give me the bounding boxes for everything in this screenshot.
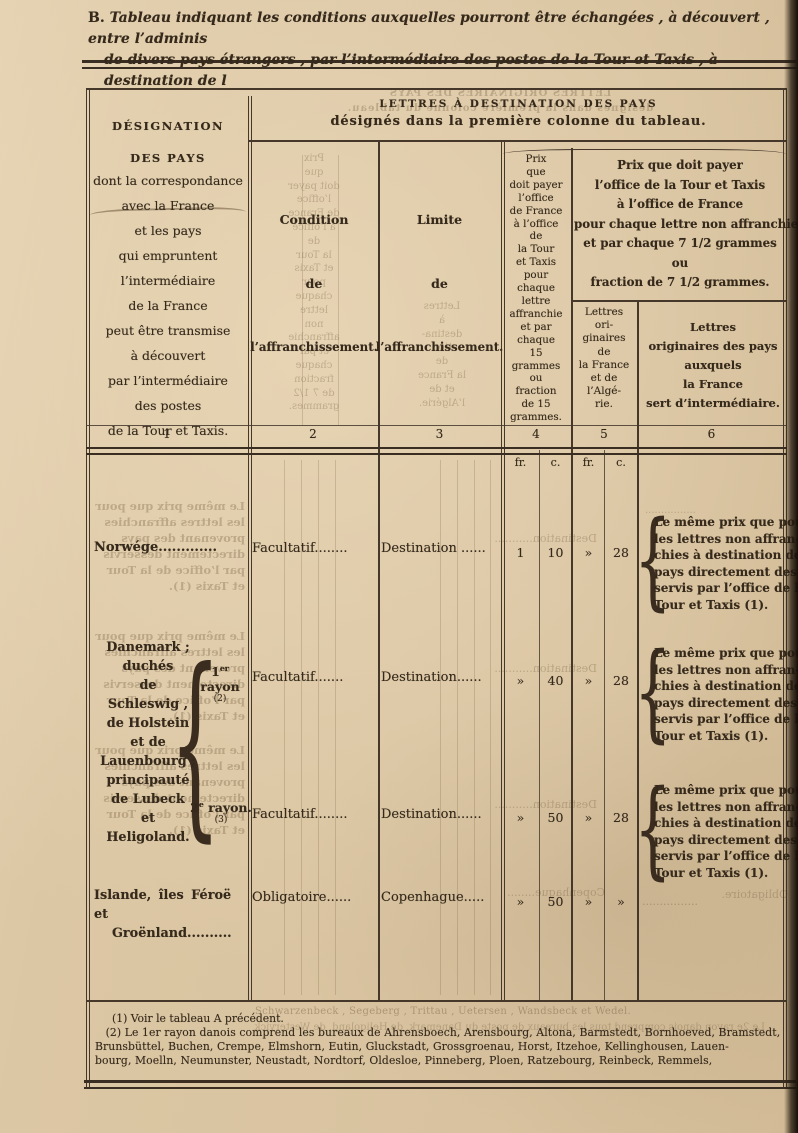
column-number-4: 4 (501, 427, 571, 441)
col2-header-word3: l’affranchissement. (250, 340, 378, 354)
unit-c-col5: c. (606, 456, 636, 469)
unit-c-col4: c. (541, 456, 570, 469)
row2-value-fr4: » (504, 673, 537, 688)
row1-limit: Destination ...... (381, 541, 486, 556)
rayon2-text: 2e rayon. (190, 800, 252, 815)
page-title: B. Tableau indiquant les conditions auxq… (88, 8, 792, 92)
col6-header: Lettres originaires des pays auxquels la… (640, 318, 786, 413)
rayon1-sup: er (220, 664, 229, 673)
col5-header: Lettres ori- ginaires de la France et de… (573, 306, 635, 412)
row3-note: Le même prix que pour les lettres non af… (654, 782, 798, 882)
letters-destination-subheader: désignés dans la première colonne du tab… (250, 114, 787, 129)
column-number-1: 1 (86, 427, 248, 441)
row2-value-fr5: » (574, 673, 603, 688)
col2-header-word2: de (306, 276, 323, 291)
row2-limit: Destination...... (381, 670, 482, 685)
fr-c-divider-col4 (539, 450, 540, 1000)
row3-note-brace: { (634, 777, 649, 881)
column-number-6: 6 (637, 427, 786, 441)
col2-header: Condition de l’affranchissement. (252, 212, 376, 354)
row4-limit: Copenhague..... (381, 890, 484, 905)
title-text-1: Tableau indiquant les conditions auxquel… (88, 10, 770, 47)
row3-value-c4: 50 (541, 810, 570, 825)
unit-fr-col5: fr. (574, 456, 603, 469)
row4-value-c5: » (606, 894, 636, 909)
rayon2-word: rayon. (204, 800, 252, 815)
fr-c-divider-col5 (604, 450, 605, 1000)
row1-condition: Facultatif........ (252, 541, 347, 556)
col1-header-body: dont la correspondance avec la France et… (88, 168, 248, 443)
group-rayon2-label: 2e rayon. (3) (190, 800, 252, 825)
row4-value-c4: 50 (541, 894, 570, 909)
rayon1-footref: (2) (190, 694, 250, 704)
row4-country-line1: Islande, îles Féroë et (94, 886, 246, 924)
header-rule-under-col56 (571, 300, 787, 302)
row1-note: Le même prix que pour les lettres non af… (654, 514, 798, 614)
bleedthrough-dots-row4: ................ (642, 895, 698, 908)
bleedthrough-obligatoire: Obligatoire. (688, 888, 788, 901)
row2-value-c4: 40 (541, 673, 570, 688)
page-title-line2: de divers pays étrangers , par l’intermé… (104, 50, 792, 92)
rayon2-num: 2 (190, 800, 199, 815)
bleedthrough-footnote-forward: Schwarzenbeck , Segeberg , Trittau , Uet… (255, 1006, 631, 1017)
col1-header-caps: DÉSIGNATION DES PAYS (90, 110, 246, 174)
letters-destination-header: LETTRES À DESTINATION DES PAYS (250, 98, 787, 110)
col3-header-word3: l’affranchissement. (376, 340, 504, 354)
col2-header-word1: Condition (280, 212, 349, 227)
bottom-double-rule (84, 1080, 796, 1089)
footnote-2: (2) Le 1er rayon danois comprend les bur… (95, 1026, 780, 1069)
row4-value-fr4: » (504, 894, 537, 909)
header-heavy-rule (86, 447, 787, 455)
row1-value-fr4: 1 (504, 545, 537, 560)
col4-header: Prix que doit payer l’office de France à… (503, 153, 569, 424)
row2-condition: Facultatif....... (252, 670, 343, 685)
column-line-4-5 (571, 148, 573, 1000)
scanned-document-page: LETTRES ORIGINAIRES DES PAYS désignés da… (0, 0, 798, 1133)
col3-header: Limite de l’affranchissement. (380, 212, 499, 354)
row2-note: Le même prix que pour les lettres non af… (654, 645, 798, 745)
row4-country: Islande, îles Féroë et Groënland........… (94, 886, 246, 943)
ghost-rule (490, 460, 491, 995)
col56-header: Prix que doit payer l’office de la Tour … (574, 156, 786, 293)
row4-value-fr5: » (574, 894, 603, 909)
page-edge-shadow (784, 0, 798, 1133)
rayon1-num: 1 (211, 664, 220, 679)
rayon1-word: rayon (200, 679, 239, 694)
row4-condition: Obligatoire...... (252, 890, 351, 905)
row3-value-fr4: » (504, 810, 537, 825)
row3-value-c5: 28 (606, 810, 636, 825)
row1-value-c5: 28 (606, 545, 636, 560)
unit-fr-col4: fr. (504, 456, 537, 469)
column-number-2: 2 (248, 427, 378, 441)
column-number-3: 3 (378, 427, 501, 441)
rayon1-text: 1er rayon (190, 664, 250, 694)
column-number-5: 5 (571, 427, 637, 441)
col3-header-word2: de (431, 276, 448, 291)
row1-country: Norwége............. (94, 540, 217, 555)
footnote-1: (1) Voir le tableau A précédent. (112, 1012, 284, 1025)
table-body-bottom-rule (86, 1000, 787, 1002)
rayon2-footref: (3) (190, 815, 252, 825)
row3-condition: Facultatif........ (252, 807, 347, 822)
group-rayon1-label: 1er rayon (2) (190, 664, 250, 704)
col3-header-word1: Limite (417, 212, 462, 227)
header-rule-under-letters (248, 140, 787, 142)
row3-limit: Destination...... (381, 807, 482, 822)
row1-value-c4: 10 (541, 545, 570, 560)
row2-value-c5: 28 (606, 673, 636, 688)
row2-note-brace: { (634, 640, 649, 744)
row1-note-brace: { (634, 508, 649, 612)
page-title-line1: B. Tableau indiquant les conditions auxq… (88, 8, 792, 50)
row4-country-line2: Groënland.......... (94, 924, 246, 943)
group-country-list: Danemark ; duchés de Schleswig , de Hols… (92, 638, 204, 847)
title-index-letter: B. (88, 10, 105, 26)
row1-value-fr5: » (574, 545, 603, 560)
row3-value-fr5: » (574, 810, 603, 825)
